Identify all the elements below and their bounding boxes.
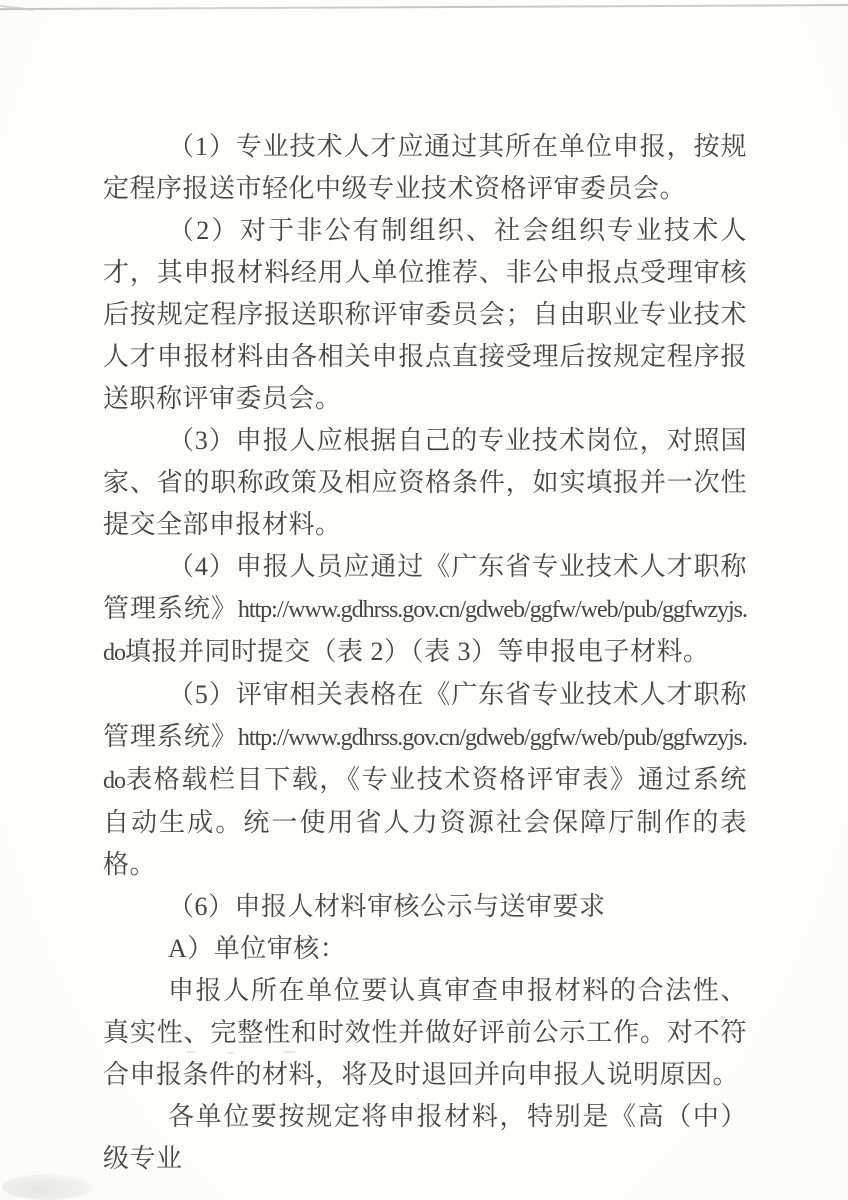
scanned-document-screenshot: { "colors": { "page_background": "#fdfdf…: [0, 0, 848, 1200]
paragraph-5: （5）评审相关表格在《广东省专业技术人才职称管理系统》http://www.gd…: [103, 674, 747, 886]
scan-speckle: [720, 1016, 725, 1020]
paragraph-2: （2）对于非公有制组织、社会组织专业技术人才，其申报材料经用人单位推荐、非公申报…: [103, 210, 747, 420]
paragraph-8: 申报人所在单位要认真审查申报材料的合法性、真实性、完整性和时效性并做好评前公示工…: [103, 970, 747, 1096]
scan-speckle: [282, 1051, 296, 1053]
paragraph-6: （6）申报人材料审核公示与送审要求: [103, 886, 747, 928]
scan-speckle: [247, 1115, 253, 1119]
paragraph-3: （3）申报人应根据自己的专业技术岗位，对照国家、省的职称政策及相应资格条件，如实…: [103, 420, 747, 546]
scan-speckle: [186, 1051, 196, 1053]
scan-edge-artifact: [0, 4, 848, 10]
document-text-block: （1）专业技术人才应通过其所在单位申报，按规定程序报送市轻化中级专业技术资格评审…: [103, 126, 747, 1180]
scan-smudge: [2, 1174, 94, 1200]
paragraph-1: （1）专业技术人才应通过其所在单位申报，按规定程序报送市轻化中级专业技术资格评审…: [103, 126, 747, 210]
document-page: （1）专业技术人才应通过其所在单位申报，按规定程序报送市轻化中级专业技术资格评审…: [0, 0, 848, 1200]
paragraph-7-unit-review-heading: A）单位审核：: [103, 928, 747, 970]
scan-speckle: [228, 1052, 234, 1054]
paragraph-9: 各单位要按规定将申报材料，特别是《高（中）级专业: [103, 1096, 747, 1180]
paragraph-4: （4）申报人员应通过《广东省专业技术人才职称管理系统》http://www.gd…: [103, 546, 747, 674]
